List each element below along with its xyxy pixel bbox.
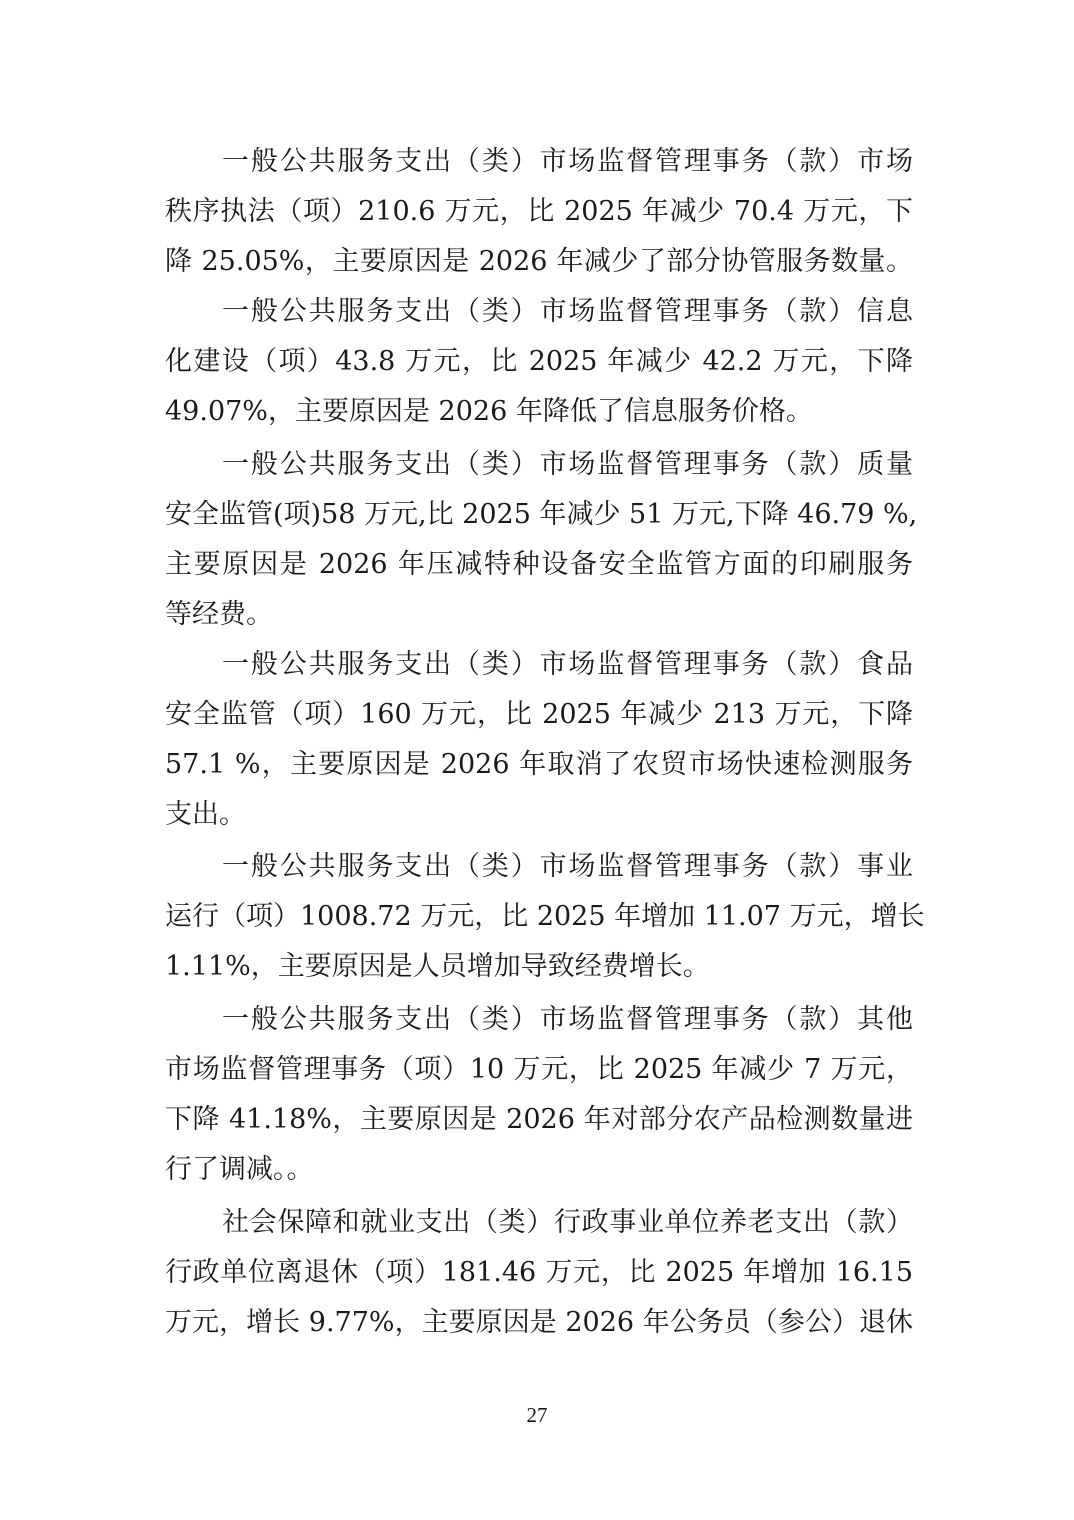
text-line: 等经费。 bbox=[165, 590, 913, 640]
text-line: 降 25.05%，主要原因是 2026 年减少了部分协管服务数量。 bbox=[165, 237, 913, 287]
text-line: 一般公共服务支出（类）市场监督管理事务（款）食品 bbox=[222, 640, 913, 690]
text-line: 秩序执法（项）210.6 万元，比 2025 年减少 70.4 万元，下 bbox=[165, 187, 913, 237]
page-number: 27 bbox=[0, 1403, 1074, 1428]
text-line: 57.1 %，主要原因是 2026 年取消了农贸市场快速检测服务 bbox=[165, 740, 913, 790]
text-line: 市场监督管理事务（项）10 万元，比 2025 年减少 7 万元， bbox=[165, 1045, 913, 1095]
text-line: 主要原因是 2026 年压减特种设备安全监管方面的印刷服务 bbox=[165, 540, 913, 590]
text-line: 行政单位离退休（项）181.46 万元，比 2025 年增加 16.15 bbox=[165, 1248, 913, 1298]
text-line: 下降 41.18%，主要原因是 2026 年对部分农产品检测数量进 bbox=[165, 1095, 913, 1145]
text-line: 安全监管(项)58 万元,比 2025 年减少 51 万元,下降 46.79 %… bbox=[165, 490, 913, 540]
text-line: 支出。 bbox=[165, 790, 913, 840]
text-line: 安全监管（项）160 万元，比 2025 年减少 213 万元，下降 bbox=[165, 690, 913, 740]
text-line: 行了调减。。 bbox=[165, 1145, 913, 1195]
text-line: 社会保障和就业支出（类）行政事业单位养老支出（款） bbox=[222, 1198, 913, 1248]
text-line: 运行（项）1008.72 万元，比 2025 年增加 11.07 万元，增长 bbox=[165, 892, 913, 942]
text-line: 一般公共服务支出（类）市场监督管理事务（款）事业 bbox=[222, 842, 913, 892]
text-line: 化建设（项）43.8 万元，比 2025 年减少 42.2 万元，下降 bbox=[165, 337, 913, 387]
text-line: 49.07%，主要原因是 2026 年降低了信息服务价格。 bbox=[165, 387, 913, 437]
text-line: 一般公共服务支出（类）市场监督管理事务（款）信息 bbox=[222, 287, 913, 337]
text-line: 一般公共服务支出（类）市场监督管理事务（款）市场 bbox=[222, 137, 913, 187]
document-page: 一般公共服务支出（类）市场监督管理事务（款）市场 秩序执法（项）210.6 万元… bbox=[0, 0, 1074, 1520]
text-line: 一般公共服务支出（类）市场监督管理事务（款）质量 bbox=[222, 440, 913, 490]
text-line: 万元，增长 9.77%，主要原因是 2026 年公务员（参公）退休 bbox=[165, 1298, 913, 1348]
text-line: 一般公共服务支出（类）市场监督管理事务（款）其他 bbox=[222, 995, 913, 1045]
text-line: 1.11%，主要原因是人员增加导致经费增长。 bbox=[165, 942, 913, 992]
